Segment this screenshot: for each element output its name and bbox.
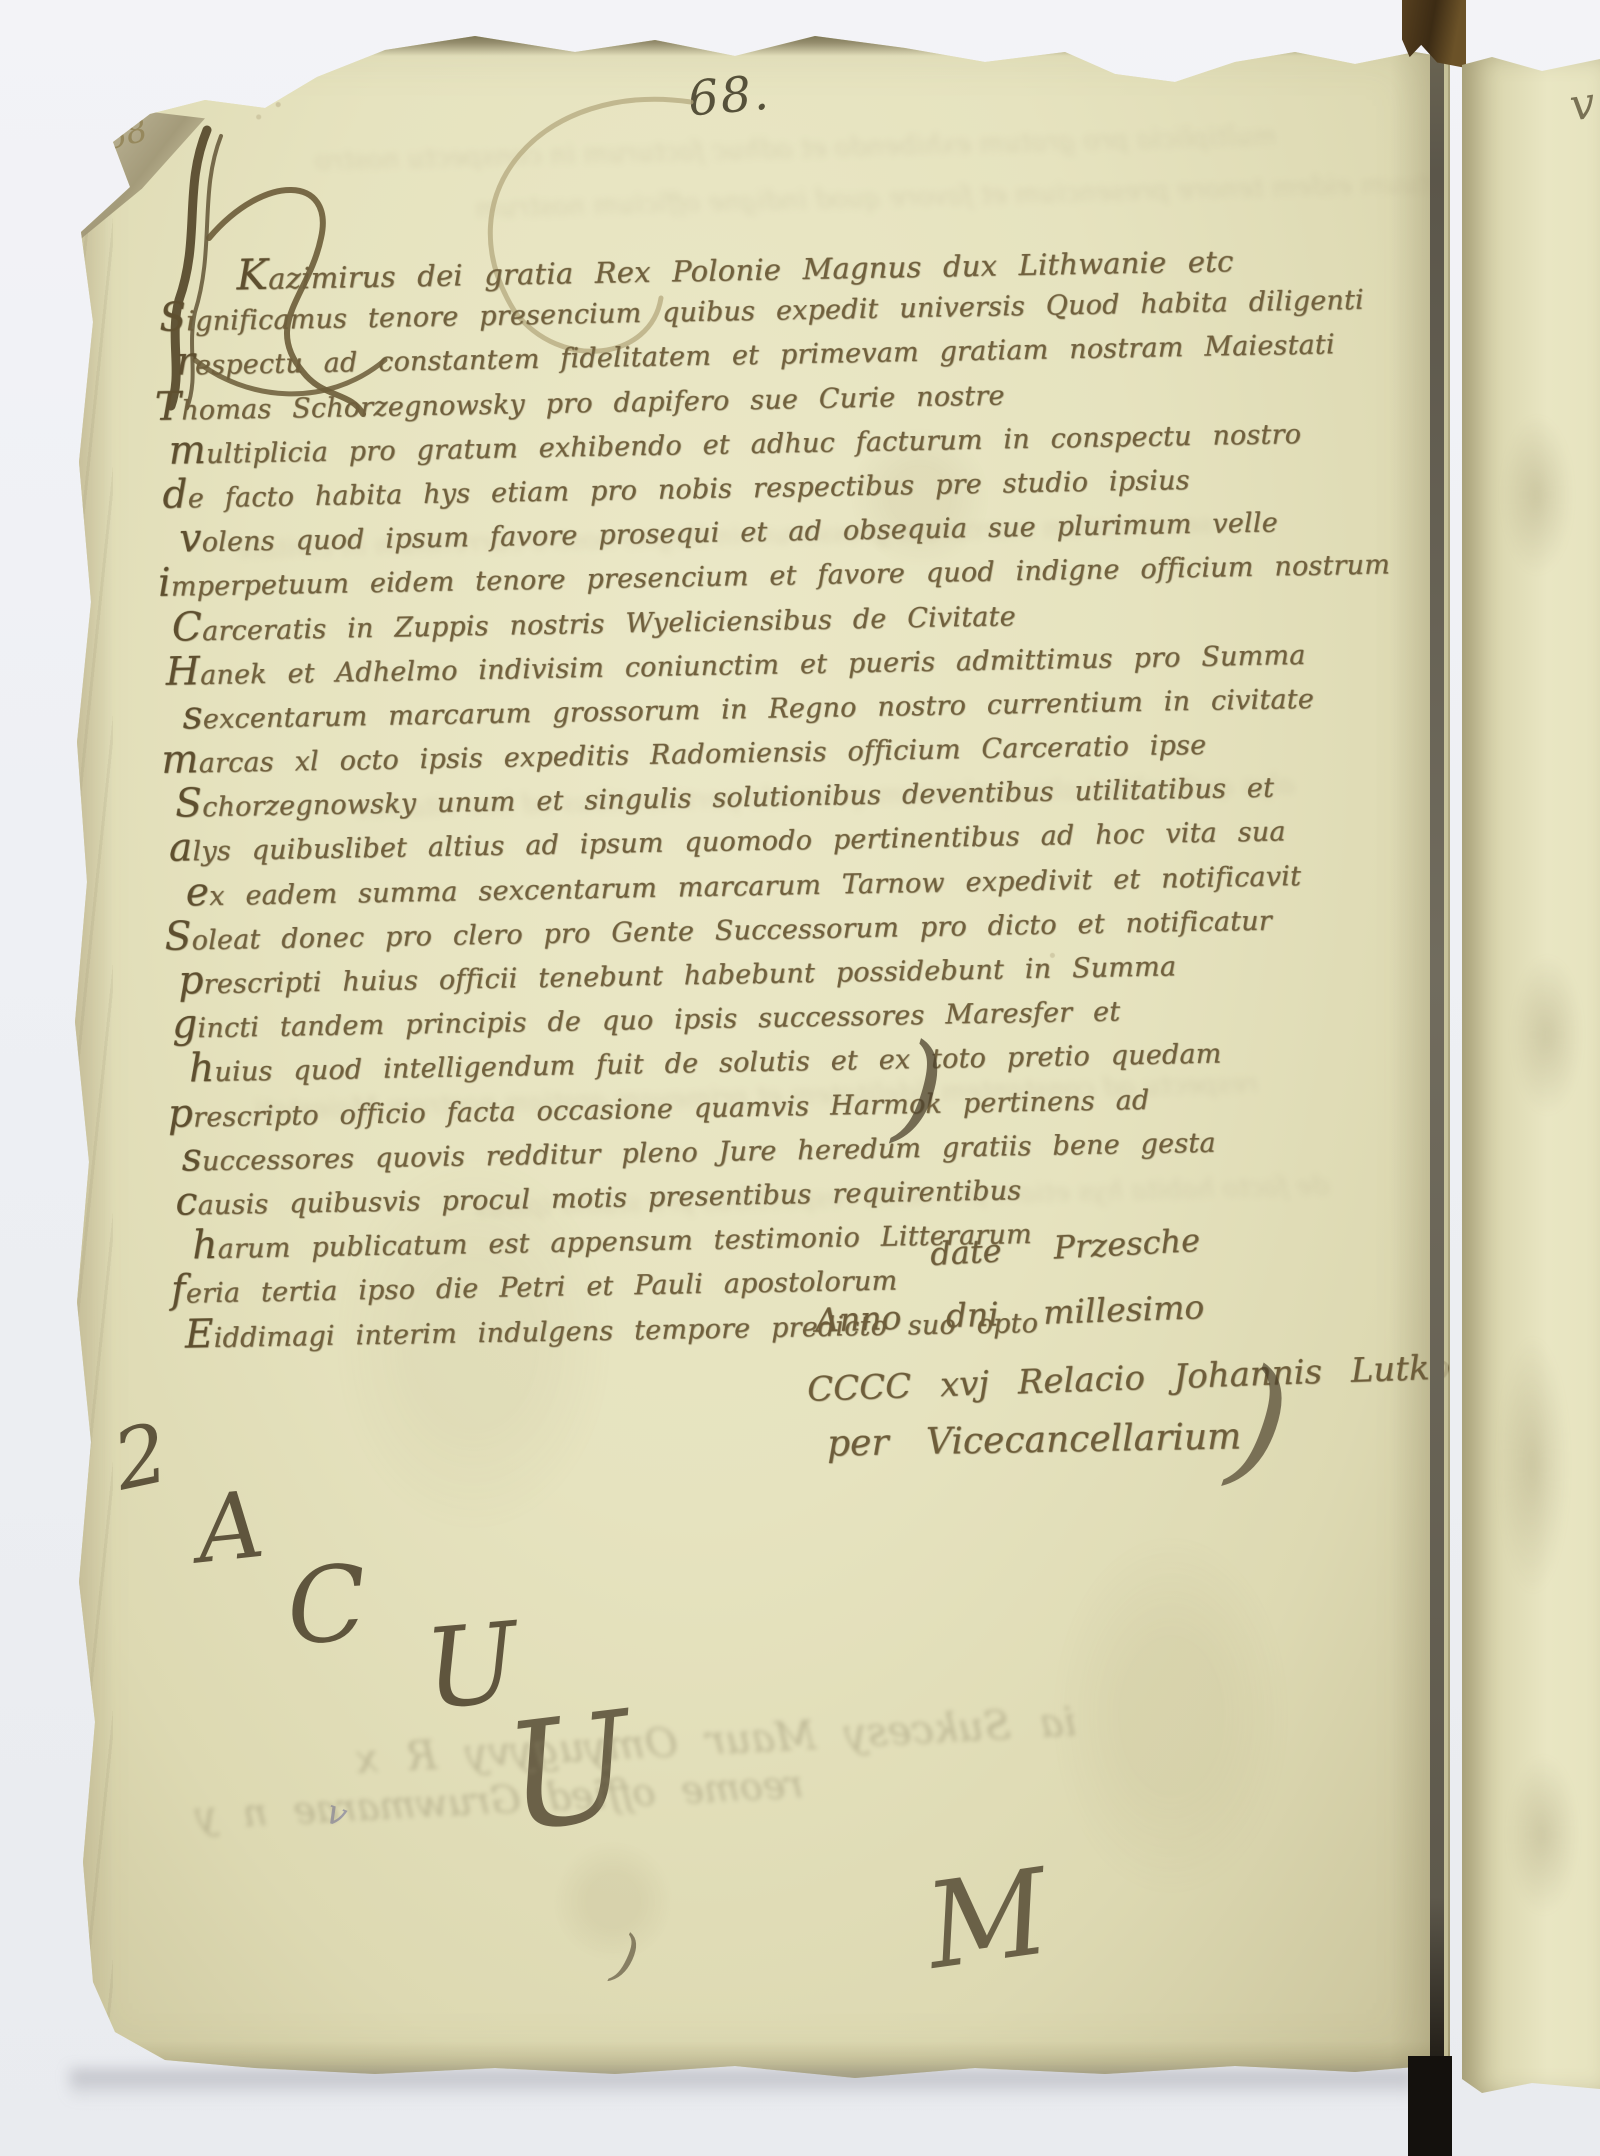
closing-vicecancellarius-line: per Vicecancellarium bbox=[827, 1416, 1242, 1464]
binding-gutter bbox=[1402, 0, 1466, 2156]
pen-trial-letter-m: M bbox=[918, 1842, 1057, 1995]
verso-ink-smudge bbox=[1502, 415, 1572, 575]
gutter-shadow-line bbox=[1430, 0, 1444, 2156]
folio-number: 68. bbox=[686, 65, 773, 128]
page-top-fold-edge bbox=[55, 22, 1450, 56]
pen-trial-letter-c: C bbox=[283, 1541, 371, 1668]
facing-page-edge: v bbox=[1462, 55, 1600, 2095]
verso-pen-mark: v bbox=[1567, 78, 1599, 132]
binding-dark-bottom bbox=[1408, 2056, 1452, 2156]
verso-ink-smudge bbox=[1508, 1755, 1578, 1915]
manuscript-page: multiplicia pro gratum exhibendo et adhu… bbox=[55, 22, 1450, 2087]
gutter-page-edge-highlight bbox=[1444, 60, 1448, 2070]
scanned-document-view: multiplicia pro gratum exhibendo et adhu… bbox=[0, 0, 1600, 2156]
binding-leather-patch bbox=[1402, 0, 1466, 68]
manuscript-text-block: Kazimirus dei gratia Rex Polonie Magnus … bbox=[150, 230, 1380, 1357]
pen-trial-letter-a: A bbox=[192, 1471, 269, 1584]
verso-ink-smudge bbox=[1498, 1335, 1568, 1595]
verso-ink-smudge bbox=[1512, 955, 1582, 1115]
page-drop-shadow bbox=[70, 2070, 1415, 2100]
